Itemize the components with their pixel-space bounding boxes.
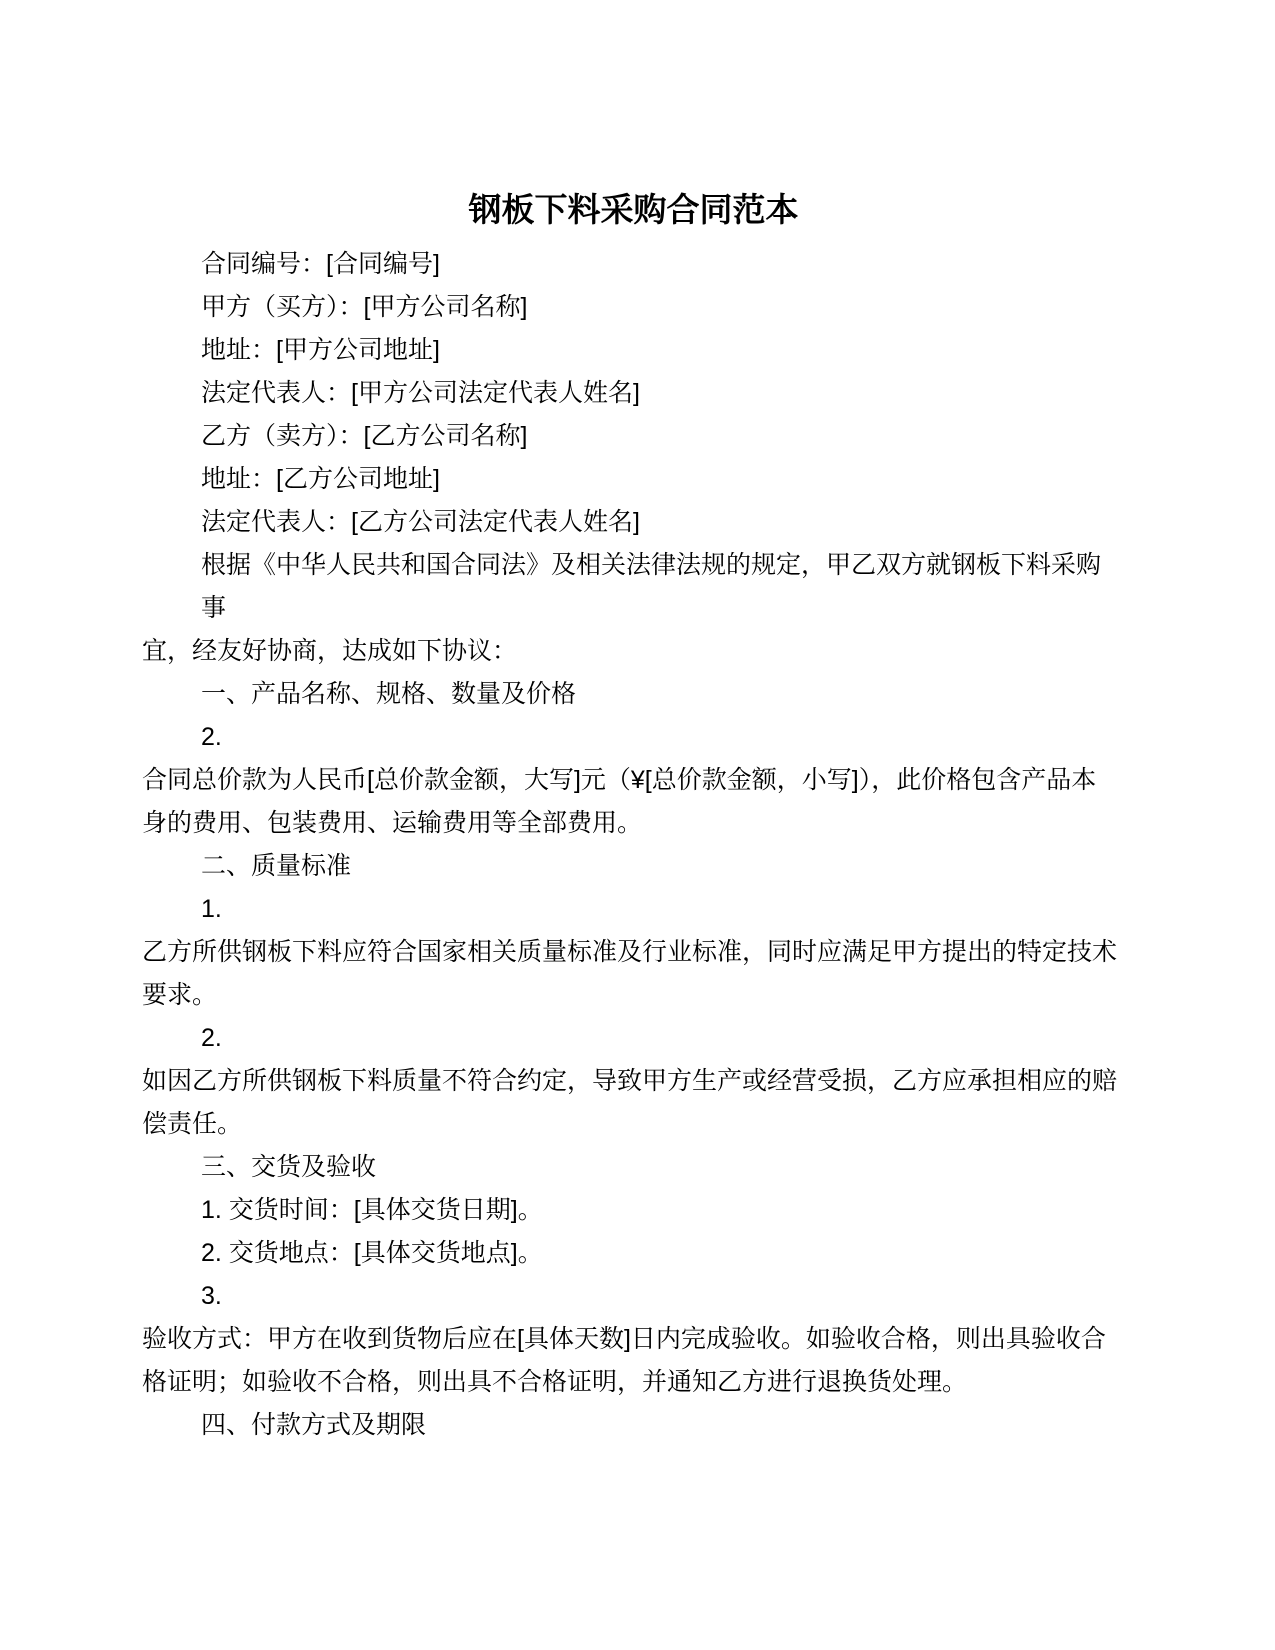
document-content: 钢板下料采购合同范本 合同编号：[合同编号] 甲方（买方）：[甲方公司名称] 地…: [142, 0, 1125, 1447]
contract-document-page: 钢板下料采购合同范本 合同编号：[合同编号] 甲方（买方）：[甲方公司名称] 地…: [0, 0, 1275, 1650]
line-party-b-address: 地址：[乙方公司地址]: [142, 458, 1125, 501]
line-party-b-name: 乙方（卖方）：[乙方公司名称]: [142, 415, 1125, 458]
line-section-3-heading: 三、交货及验收: [142, 1146, 1125, 1189]
document-body: 合同编号：[合同编号] 甲方（买方）：[甲方公司名称] 地址：[甲方公司地址] …: [142, 243, 1125, 1447]
line-party-a-representative: 法定代表人：[甲方公司法定代表人姓名]: [142, 372, 1125, 415]
line-item-number-2b: 2.: [142, 1017, 1125, 1060]
line-item-number-3: 3.: [142, 1275, 1125, 1318]
line-preamble-2: 宜，经友好协商，达成如下协议：: [142, 630, 1125, 673]
line-liability-1: 如因乙方所供钢板下料质量不符合约定，导致甲方生产或经营受损，乙方应承担相应的赔: [142, 1060, 1125, 1103]
line-contract-number: 合同编号：[合同编号]: [142, 243, 1125, 286]
line-total-price-2: 身的费用、包装费用、运输费用等全部费用。: [142, 802, 1125, 845]
line-delivery-time: 1. 交货时间：[具体交货日期]。: [142, 1189, 1125, 1232]
line-section-2-heading: 二、质量标准: [142, 845, 1125, 888]
line-liability-2: 偿责任。: [142, 1103, 1125, 1146]
line-preamble-1: 根据《中华人民共和国合同法》及相关法律法规的规定，甲乙双方就钢板下料采购事: [142, 544, 1125, 630]
line-item-number-1: 1.: [142, 888, 1125, 931]
line-quality-standard-2: 要求。: [142, 974, 1125, 1017]
document-title: 钢板下料采购合同范本: [142, 188, 1125, 231]
line-item-number-2: 2.: [142, 716, 1125, 759]
line-total-price-1: 合同总价款为人民币[总价款金额，大写]元（¥[总价款金额，小写]），此价格包含产…: [142, 759, 1125, 802]
line-party-b-representative: 法定代表人：[乙方公司法定代表人姓名]: [142, 501, 1125, 544]
line-acceptance-1: 验收方式：甲方在收到货物后应在[具体天数]日内完成验收。如验收合格，则出具验收合: [142, 1318, 1125, 1361]
line-party-a-address: 地址：[甲方公司地址]: [142, 329, 1125, 372]
line-delivery-place: 2. 交货地点：[具体交货地点]。: [142, 1232, 1125, 1275]
line-section-4-heading: 四、付款方式及期限: [142, 1404, 1125, 1447]
line-acceptance-2: 格证明；如验收不合格，则出具不合格证明，并通知乙方进行退换货处理。: [142, 1361, 1125, 1404]
line-quality-standard-1: 乙方所供钢板下料应符合国家相关质量标准及行业标准，同时应满足甲方提出的特定技术: [142, 931, 1125, 974]
line-party-a-name: 甲方（买方）：[甲方公司名称]: [142, 286, 1125, 329]
line-section-1-heading: 一、产品名称、规格、数量及价格: [142, 673, 1125, 716]
